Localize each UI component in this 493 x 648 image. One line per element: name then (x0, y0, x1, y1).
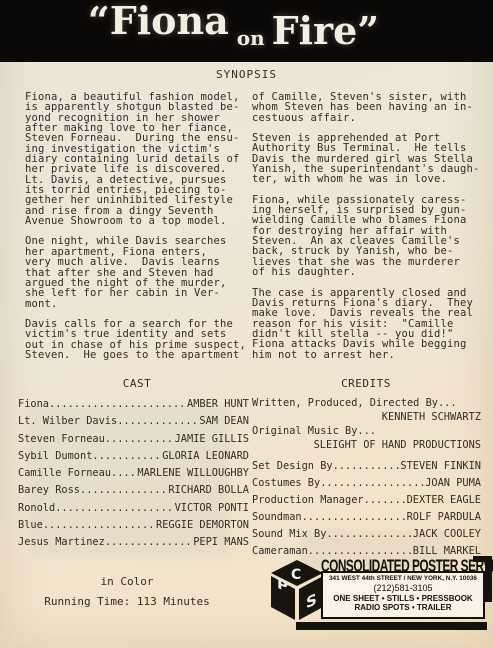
credit-label: Costumes By (252, 475, 320, 492)
credit-value: KENNETH SCHWARTZ (252, 410, 481, 424)
poster-service-stamp: C P S CONSOLIDATED POSTER SERVICE 341 WE… (271, 554, 492, 644)
poster-service-phone: (212)581-3105 (323, 583, 483, 593)
cast-role: Lt. Wilber Davis (18, 413, 117, 430)
cast-role: Barey Ross (18, 482, 80, 499)
credit-label: Sound Mix By (252, 526, 326, 543)
synopsis-paragraph: Steven is apprehended at Port Authority … (252, 133, 482, 185)
cast-role: Ronold (18, 500, 55, 517)
credit-label: Set Design By (252, 458, 333, 475)
credit-row: Costumes By JOAN PUMA (252, 475, 481, 492)
credit-row: Set Design By STEVEN FINKIN (252, 458, 481, 475)
format-info: in Color Running Time: 113 Minutes (38, 575, 216, 608)
cps-logo-icon: C P S (269, 560, 325, 622)
credit-label: Soundman (252, 509, 302, 526)
poster-service-details: 341 WEST 44th STREET / NEW YORK, N.Y. 10… (321, 571, 485, 619)
cast-actor: GLORIA LEONARD (162, 448, 249, 465)
cast-row: Camille Forneau MARLENE WILLOUGHBY (18, 465, 249, 482)
press-sheet-page: “Fiona on Fire” SYNOPSIS Fiona, a beauti… (0, 0, 493, 648)
credit-value: SLEIGHT OF HAND PRODUCTIONS (252, 438, 481, 452)
synopsis-paragraph: Davis calls for a search for the victim'… (25, 319, 251, 360)
dot-leader (49, 396, 187, 413)
credit-value: DEXTER EAGLE (407, 492, 481, 509)
cast-actor: MARLENE WILLOUGHBY (137, 465, 249, 482)
poster-service-products-line1: ONE SHEET • STILLS • PRESSBOOK (323, 594, 483, 603)
cast-actor: VICTOR PONTI (175, 500, 249, 517)
synopsis-paragraph: Fiona, while passionately caress- ing he… (252, 195, 482, 278)
synopsis-paragraph: Fiona, a beautiful fashion model, is app… (25, 92, 251, 226)
credit-value: JOAN PUMA (425, 475, 481, 492)
credit-row: Original Music By... SLEIGHT OF HAND PRO… (252, 424, 481, 452)
cast-role: Camille Forneau (18, 465, 111, 482)
stamp-underline-bar (296, 622, 487, 630)
cast-role: Blue (18, 517, 43, 534)
credit-row: Written, Produced, Directed By... KENNET… (252, 396, 481, 424)
cast-row: Ronold VICTOR PONTI (18, 500, 249, 517)
credits-list: Written, Produced, Directed By... KENNET… (252, 396, 481, 560)
poster-service-address: 341 WEST 44th STREET / NEW YORK, N.Y. 10… (323, 575, 483, 582)
cast-role: Jesus Martinez (18, 534, 105, 551)
dot-leader (364, 492, 407, 509)
cast-role: Fiona (18, 396, 49, 413)
cast-row: Blue REGGIE DEMORTON (18, 517, 249, 534)
dot-leader (43, 517, 156, 534)
credit-value: JACK COOLEY (413, 526, 481, 543)
dot-leader (92, 448, 162, 465)
credit-label: Original Music By... (252, 424, 481, 438)
synopsis-left-column: Fiona, a beautiful fashion model, is app… (25, 92, 251, 370)
credit-value: ROLF PARDULA (407, 509, 481, 526)
dot-leader (302, 509, 407, 526)
movie-title-word-on: on (237, 28, 265, 48)
dot-leader (105, 534, 193, 551)
cast-actor: PEPI MANS (193, 534, 249, 551)
cast-row: Fiona AMBER HUNT (18, 396, 249, 413)
cast-list: Fiona AMBER HUNT Lt. Wilber Davis SAM DE… (18, 396, 249, 552)
synopsis-right-column: of Camille, Steven's sister, with whom S… (252, 92, 482, 370)
movie-title-word-fire: Fire” (272, 12, 379, 50)
runtime-note: Running Time: 113 Minutes (38, 595, 216, 608)
dot-leader (111, 465, 137, 482)
dot-leader (105, 431, 175, 448)
synopsis-heading: SYNOPSIS (0, 68, 493, 81)
movie-title: “Fiona on Fire” (88, 0, 379, 50)
cast-role: Steven Forneau (18, 431, 105, 448)
credit-row: Production Manager DEXTER EAGLE (252, 492, 481, 509)
dot-leader (80, 482, 168, 499)
poster-service-products-line2: RADIO SPOTS • TRAILER (323, 603, 483, 612)
synopsis-paragraph: of Camille, Steven's sister, with whom S… (252, 92, 482, 123)
dot-leader (333, 458, 401, 475)
cast-row: Barey Ross RICHARD BOLLA (18, 482, 249, 499)
cast-row: Lt. Wilber Davis SAM DEAN (18, 413, 249, 430)
dot-leader (326, 526, 412, 543)
cast-actor: REGGIE DEMORTON (156, 517, 249, 534)
cast-heading: CAST (25, 377, 249, 390)
synopsis-paragraph: One night, while Davis searches her apar… (25, 236, 251, 308)
cast-actor: SAM DEAN (199, 413, 249, 430)
cast-row: Jesus Martinez PEPI MANS (18, 534, 249, 551)
dot-leader (320, 475, 425, 492)
credit-label: Written, Produced, Directed By... (252, 396, 481, 410)
cast-actor: AMBER HUNT (187, 396, 249, 413)
svg-text:C: C (291, 567, 301, 583)
cast-row: Steven Forneau JAMIE GILLIS (18, 431, 249, 448)
credit-value: STEVEN FINKIN (400, 458, 481, 475)
credit-row: Soundman ROLF PARDULA (252, 509, 481, 526)
synopsis-paragraph: The case is apparently closed and Davis … (252, 288, 482, 360)
credit-label: Production Manager (252, 492, 364, 509)
stamp-bracket (485, 556, 492, 602)
movie-title-word-fiona: “Fiona (88, 2, 229, 40)
credit-row: Sound Mix By JACK COOLEY (252, 526, 481, 543)
cast-row: Sybil Dumont GLORIA LEONARD (18, 448, 249, 465)
dot-leader (55, 500, 174, 517)
title-banner: “Fiona on Fire” (0, 0, 493, 62)
color-note: in Color (38, 575, 216, 588)
cast-role: Sybil Dumont (18, 448, 92, 465)
cast-actor: RICHARD BOLLA (168, 482, 249, 499)
dot-leader (117, 413, 199, 430)
credits-heading: CREDITS (252, 377, 480, 390)
cast-actor: JAMIE GILLIS (175, 431, 249, 448)
